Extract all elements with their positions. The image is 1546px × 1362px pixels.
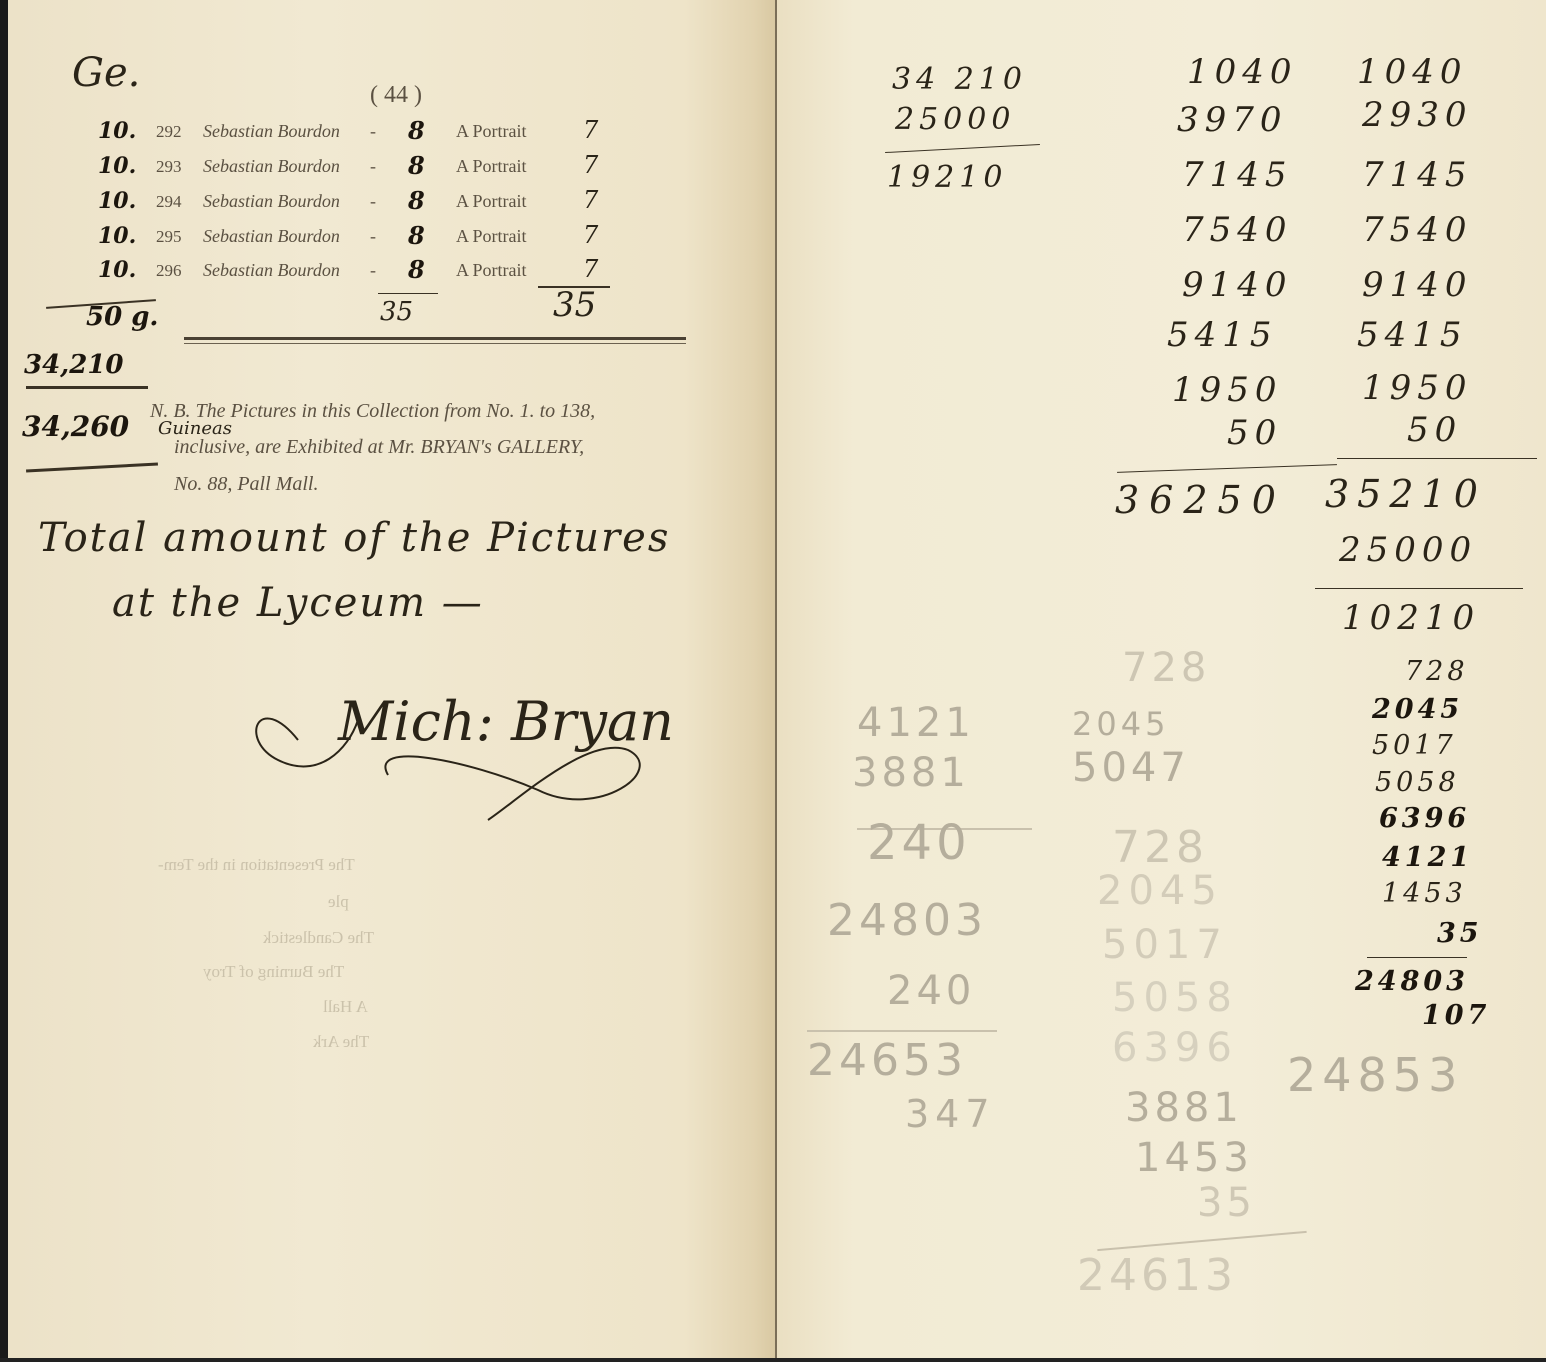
column-a-value: 1040 (1187, 52, 1298, 92)
picture-title: A Portrait (456, 121, 527, 142)
lot-number: 292 (156, 122, 182, 142)
manuscript-note-line: at the Lyceum — (112, 580, 484, 626)
column-c-total: 24803 (1355, 966, 1469, 997)
signature-flourish (238, 680, 708, 840)
subtraction-subtrahend: 25000 (895, 102, 1015, 137)
guineas-value: 7 (583, 186, 598, 214)
pencil-figure: 2045 (1072, 705, 1169, 743)
artist-name: Sebastian Bourdon (203, 121, 340, 142)
column-b-value: 2930 (1362, 95, 1473, 135)
pencil-figure: 24613 (1077, 1250, 1237, 1301)
pencil-figure: 728 (1112, 822, 1208, 873)
page-number: ( 44 ) (370, 82, 422, 109)
column-c-value: 5017 (1372, 730, 1457, 761)
mark-subtotal: 35 (380, 297, 413, 327)
column-c-total-rule (1367, 957, 1467, 958)
pencil-figure: 347 (905, 1092, 996, 1136)
corner-mark: Ge. (72, 50, 140, 96)
bleed-through-line: The Ark (313, 1032, 369, 1052)
scan-border (0, 1358, 1546, 1362)
column-total-rule (1337, 458, 1537, 459)
artist-name: Sebastian Bourdon (203, 226, 340, 247)
picture-title: A Portrait (456, 156, 527, 177)
book-spread: The Presentation in the Tem- ple The Can… (0, 0, 1546, 1362)
column-a-value: 9140 (1182, 265, 1293, 305)
column-a-total: 36250 (1115, 478, 1286, 522)
bleed-through-line: A Hall (323, 997, 368, 1017)
manuscript-mark: 8 (408, 151, 425, 180)
column-c-value: 728 (1405, 656, 1469, 687)
left-page: The Presentation in the Tem- ple The Can… (8, 0, 776, 1358)
column-c-value: 35 (1437, 918, 1483, 949)
pencil-figure: 24653 (807, 1035, 967, 1086)
manuscript-mark: 8 (408, 186, 425, 215)
column-a-value: 7145 (1182, 155, 1293, 195)
price-subtotal: 50 g. (86, 302, 158, 332)
column-c-value: 5058 (1375, 767, 1460, 798)
nota-bene-line: inclusive, are Exhibited at Mr. BRYAN's … (174, 436, 584, 459)
nota-bene-line: N. B. The Pictures in this Collection fr… (150, 400, 595, 423)
column-b-subtract: 25000 (1339, 530, 1477, 570)
pencil-figure: 4121 (857, 700, 975, 746)
bleed-through-line: The Presentation in the Tem- (158, 855, 355, 875)
column-c-value: 6396 (1379, 803, 1470, 834)
artist-name: Sebastian Bourdon (203, 156, 340, 177)
column-a-value: 50 (1227, 413, 1282, 453)
entry-price: 10. (98, 257, 136, 283)
pencil-figure: 240 (867, 815, 971, 871)
entry-price: 10. (98, 188, 136, 214)
subtraction-result: 19210 (887, 160, 1007, 195)
manuscript-mark: 8 (408, 116, 425, 145)
subtraction-minuend: 34 210 (892, 62, 1027, 97)
column-b-value: 9140 (1362, 265, 1473, 305)
column-b-value: 5415 (1357, 315, 1468, 355)
column-a-value: 5415 (1167, 315, 1278, 355)
bleed-through-line: The Burning of Troy (203, 962, 344, 982)
lot-number: 296 (156, 261, 182, 281)
column-c-note: 107 (1422, 1000, 1490, 1031)
column-b-result-rule (1315, 588, 1523, 589)
picture-title: A Portrait (456, 191, 527, 212)
pencil-figure: 1453 (1135, 1135, 1253, 1181)
total-underline (26, 463, 158, 473)
pencil-figure: 2045 (1097, 868, 1223, 914)
lot-number: 293 (156, 157, 182, 177)
running-total-second: 34,260 (22, 410, 129, 443)
lot-number: 294 (156, 192, 182, 212)
pencil-figure: 35 (1197, 1180, 1256, 1226)
right-page: 34 210 25000 19210 1040 3970 7145 7540 9… (777, 0, 1546, 1358)
pencil-rule (1097, 1231, 1306, 1251)
column-b-value: 7145 (1362, 155, 1473, 195)
catalogue-entry: 10. 294 Sebastian Bourdon - 8 A Portrait… (98, 186, 738, 220)
manuscript-note-line: Total amount of the Pictures (38, 515, 670, 561)
subtraction-rule (885, 144, 1040, 153)
pencil-figure: 240 (887, 968, 975, 1014)
subtotal-rule (378, 293, 438, 294)
pencil-figure: 24853 (1287, 1048, 1463, 1102)
pencil-rule (807, 1030, 997, 1032)
dash: - (370, 191, 376, 212)
entry-price: 10. (98, 223, 136, 249)
dash: - (370, 156, 376, 177)
column-total-rule (1117, 464, 1337, 473)
pencil-figure: 6396 (1112, 1025, 1238, 1071)
pencil-figure: 728 (1122, 645, 1210, 691)
catalogue-entry: 10. 296 Sebastian Bourdon - 8 A Portrait… (98, 255, 738, 289)
column-a-value: 1950 (1172, 370, 1283, 410)
column-b-value: 7540 (1362, 210, 1473, 250)
column-b-total: 35210 (1325, 472, 1486, 516)
pencil-figure: 24803 (827, 895, 987, 946)
pencil-figure: 5047 (1072, 745, 1190, 791)
column-c-value: 4121 (1382, 842, 1473, 873)
lot-number: 295 (156, 227, 182, 247)
nota-bene-line: No. 88, Pall Mall. (174, 473, 318, 496)
column-b-value: 50 (1407, 410, 1462, 450)
guineas-value: 7 (583, 116, 598, 144)
column-b-value: 1950 (1362, 368, 1473, 408)
section-rule (184, 337, 686, 340)
running-total-first: 34,210 (24, 350, 124, 380)
artist-name: Sebastian Bourdon (203, 191, 340, 212)
entry-price: 10. (98, 153, 136, 179)
pencil-figure: 5017 (1102, 922, 1228, 968)
manuscript-mark: 8 (408, 221, 425, 250)
pencil-figure: 3881 (1125, 1085, 1243, 1131)
total-underline (26, 386, 148, 389)
catalogue-entry: 10. 292 Sebastian Bourdon - 8 A Portrait… (98, 116, 738, 150)
column-b-result: 10210 (1342, 598, 1480, 638)
bleed-through-line: ple (328, 892, 349, 912)
column-b-value: 1040 (1357, 52, 1468, 92)
section-rule (184, 343, 686, 344)
artist-name: Sebastian Bourdon (203, 260, 340, 281)
column-c-value: 1453 (1382, 878, 1467, 909)
manuscript-mark: 8 (408, 255, 425, 284)
pencil-figure: 5058 (1112, 975, 1238, 1021)
picture-title: A Portrait (456, 260, 527, 281)
guineas-value: 7 (583, 151, 598, 179)
column-c-value: 2045 (1372, 694, 1463, 725)
guineas-value: 7 (583, 221, 598, 249)
column-a-value: 7540 (1182, 210, 1293, 250)
picture-title: A Portrait (456, 226, 527, 247)
scan-border (0, 0, 8, 1362)
catalogue-entry: 10. 293 Sebastian Bourdon - 8 A Portrait… (98, 151, 738, 185)
catalogue-entry: 10. 295 Sebastian Bourdon - 8 A Portrait… (98, 221, 738, 255)
dash: - (370, 260, 376, 281)
guineas-subtotal: 35 (553, 285, 596, 325)
entry-price: 10. (98, 118, 136, 144)
bleed-through-line: The Candlestick (263, 928, 374, 948)
dash: - (370, 226, 376, 247)
guineas-value: 7 (583, 255, 598, 283)
pencil-figure: 3881 (852, 750, 970, 796)
column-a-value: 3970 (1177, 100, 1288, 140)
dash: - (370, 121, 376, 142)
